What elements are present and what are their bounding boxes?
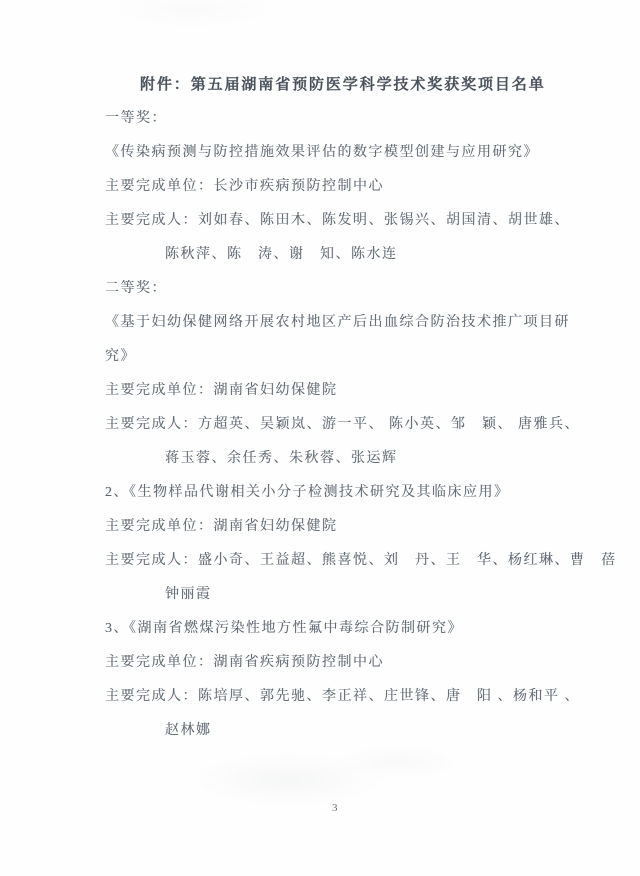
- people-line: 赵林娜: [105, 714, 600, 748]
- award-heading: 一等奖：: [105, 102, 600, 136]
- people-line: 主要完成人：盛小奇、王益超、熊喜悦、刘 丹、王 华、杨红琳、曹 蓓: [105, 544, 600, 578]
- people-line: 陈秋萍、陈 涛、谢 知、陈水连: [105, 238, 600, 272]
- project-title-line: 2、《生物样品代谢相关小分子检测技术研究及其临床应用》: [105, 476, 600, 510]
- award-heading: 二等奖：: [105, 272, 600, 306]
- scanned-document-page: 附件：第五届湖南省预防医学科学技术奖获奖项目名单 一等奖：《传染病预测与防控措施…: [0, 0, 640, 876]
- people-line: 蒋玉蓉、余任秀、朱秋蓉、张运辉: [105, 442, 600, 476]
- unit-line: 主要完成单位：湖南省妇幼保健院: [105, 510, 600, 544]
- project-title-line: 究》: [105, 340, 600, 374]
- people-line: 主要完成人：方超英、吴颖岚、游一平、 陈小英、邹 颖、 唐雅兵、: [105, 408, 600, 442]
- people-line: 主要完成人：陈培厚、郭先驰、李正祥、庄世锋、唐 阳 、杨和平 、: [105, 680, 600, 714]
- unit-line: 主要完成单位：长沙市疾病预防控制中心: [105, 170, 600, 204]
- document-title: 附件：第五届湖南省预防医学科学技术奖获奖项目名单: [105, 68, 600, 102]
- page-number: 3: [332, 802, 338, 814]
- unit-line: 主要完成单位：湖南省妇幼保健院: [105, 374, 600, 408]
- project-title-line: 3、《湖南省燃煤污染性地方性氟中毒综合防制研究》: [105, 612, 600, 646]
- document-lines: 一等奖：《传染病预测与防控措施效果评估的数字模型创建与应用研究》主要完成单位：长…: [105, 102, 600, 748]
- people-line: 钟丽霞: [105, 578, 600, 612]
- project-title-line: 《传染病预测与防控措施效果评估的数字模型创建与应用研究》: [105, 136, 600, 170]
- project-title-line: 《基于妇幼保健网络开展农村地区产后出血综合防治技术推广项目研: [105, 306, 600, 340]
- unit-line: 主要完成单位：湖南省疾病预防控制中心: [105, 646, 600, 680]
- document-body: 附件：第五届湖南省预防医学科学技术奖获奖项目名单 一等奖：《传染病预测与防控措施…: [0, 0, 640, 748]
- people-line: 主要完成人：刘如春、陈田木、陈发明、张锡兴、胡国清、胡世雄、: [105, 204, 600, 238]
